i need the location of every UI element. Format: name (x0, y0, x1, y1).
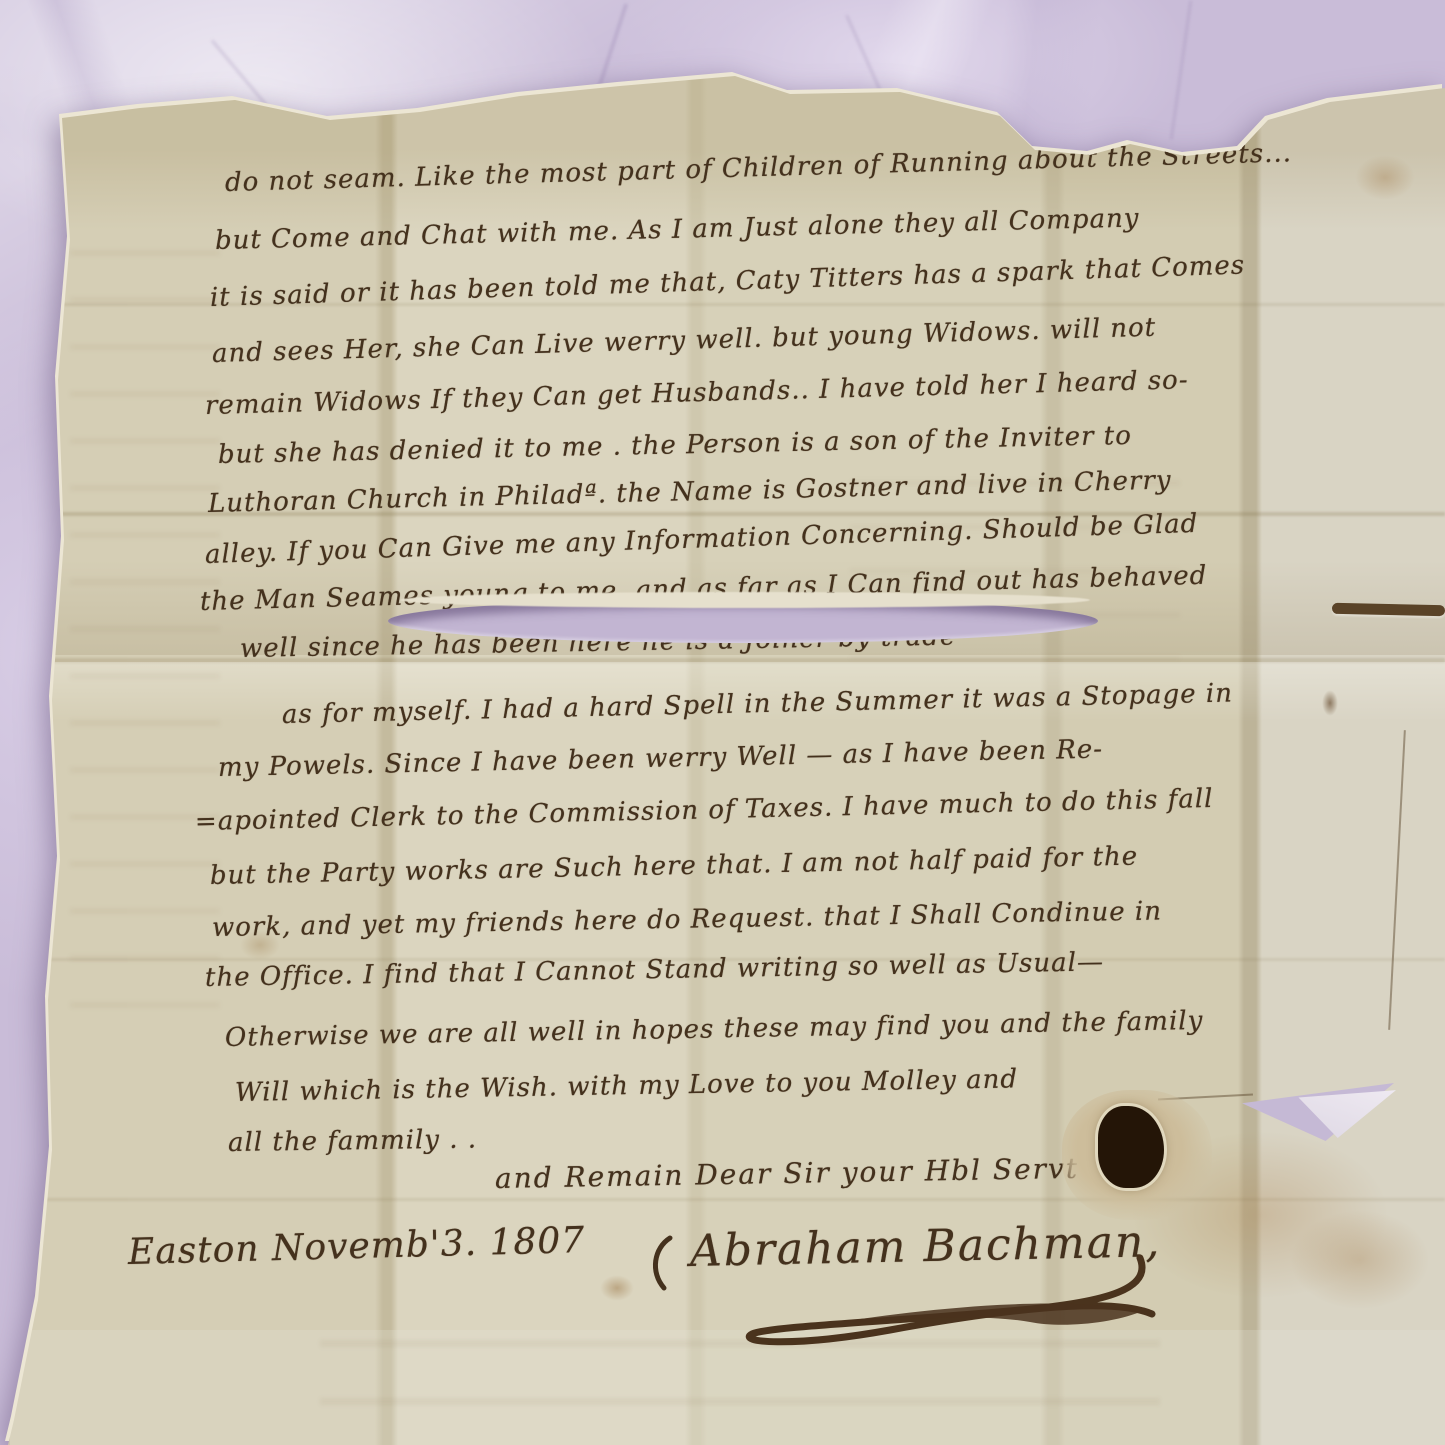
letter-line: my Powels. Since I have been werry Well … (218, 734, 1104, 783)
paper-crack (1388, 730, 1406, 1030)
closing-line: and Remain Dear Sir your Hbl Servt (495, 1152, 1080, 1195)
signature-flourish (640, 1230, 1200, 1370)
letter-line: remain Widows If they Can get Husbands..… (205, 365, 1189, 421)
letter-line: =apointed Clerk to the Commission of Tax… (195, 784, 1214, 837)
letter-paper: do not seam. Like the most part of Child… (0, 0, 1445, 1445)
letter-line: Will which is the Wish. with my Love to … (235, 1064, 1018, 1108)
right-edge-tear (1332, 603, 1445, 616)
letter-line: work, and yet my friends here do Request… (212, 896, 1162, 943)
stain (985, 88, 1011, 108)
letter-line: and sees Her, she Can Live werry well. b… (212, 313, 1157, 369)
letter-line: all the fammily . . (228, 1125, 477, 1158)
letter-photo: do not seam. Like the most part of Child… (0, 0, 1445, 1445)
stain (1355, 155, 1415, 200)
letter-paper-shadow: do not seam. Like the most part of Child… (0, 0, 1445, 1445)
tear-edge-lip (400, 592, 1090, 608)
letter-line: the Office. I find that I Cannot Stand w… (205, 947, 1104, 993)
letter-line: but the Party works are Such here that. … (210, 842, 1139, 891)
ink-bleed-ghost (70, 250, 220, 1010)
letter-line: do not seam. Like the most part of Child… (225, 138, 1293, 198)
letter-line: Otherwise we are all well in hopes these… (225, 1006, 1204, 1053)
stain (1322, 690, 1338, 716)
letter-line: but she has denied it to me . the Person… (218, 421, 1132, 470)
stain (600, 1275, 634, 1301)
letter-line: but Come and Chat with me. As I am Just … (215, 203, 1140, 256)
dateline: Easton Novemb'3. 1807 (127, 1220, 585, 1273)
stain (1290, 1210, 1430, 1310)
